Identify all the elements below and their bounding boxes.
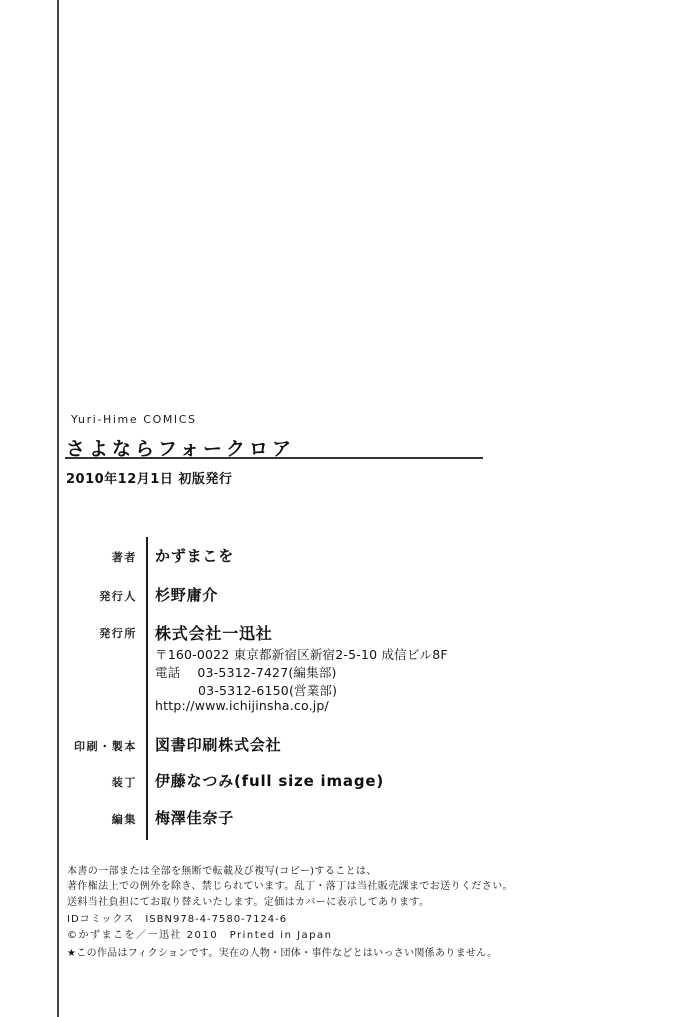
credit-value-printing: 図書印刷株式会社 [155,734,281,755]
page-edge-line [57,0,59,1017]
credit-value-publisher: 株式会社一迅社 [155,621,273,644]
colophon-page: Yuri-Hime COMICS さよならフォークロア 2010年12月1日 初… [0,0,700,1017]
credit-row-author: 著者 かずまこを [0,545,700,567]
credit-label-publisher-person: 発行人 [99,588,137,604]
credit-row-design: 装丁 伊藤なつみ(full size image) [0,770,700,792]
credit-row-publisher-person: 発行人 杉野庸介 [0,584,700,606]
copyright-line: ©かずまこを／一迅社 2010 Printed in Japan [67,926,333,941]
credit-label-publisher: 発行所 [99,625,137,641]
phone-editorial: 03-5312-7427(編集部) [197,665,336,680]
credit-value-design: 伊藤なつみ(full size image) [155,770,384,791]
credit-row-editing: 編集 梅澤佳奈子 [0,807,700,829]
legal-notice-line1: 本書の一部または全部を無断で転載及び複写(コピー)することは、 [67,862,377,877]
credit-value-publisher-person: 杉野庸介 [155,584,218,605]
credit-value-author: かずまこを [155,545,234,566]
credit-label-editing: 編集 [112,811,137,827]
legal-notice-line2: 著作権法上での例外を除き、禁じられています。乱丁・落丁は当社販売課までお送りくだ… [67,877,513,892]
publisher-website: http://www.ichijinsha.co.jp/ [155,698,329,713]
credit-label-design: 装丁 [112,774,137,790]
edition-date: 2010年12月1日 初版発行 [66,468,232,487]
series-label: Yuri-Hime COMICS [71,413,197,426]
credit-label-printing: 印刷・製本 [74,738,137,754]
credit-value-editing: 梅澤佳奈子 [155,807,234,828]
credit-row-publisher: 発行所 株式会社一迅社 [0,621,700,643]
title-underline [65,457,483,459]
phone-sales: 03-5312-6150(営業部) [198,681,337,699]
credit-label-author: 著者 [112,549,137,565]
imprint-isbn-line: IDコミックス ISBN978-4-7580-7124-6 [67,910,287,925]
publisher-phone-row: 電話03-5312-7427(編集部) [155,663,337,681]
credit-row-printing: 印刷・製本 図書印刷株式会社 [0,734,700,756]
fiction-disclaimer: ★この作品はフィクションです。実在の人物・団体・事件などとはいっさい関係ありませ… [67,944,497,959]
legal-notice-line3: 送料当社負担にてお取り替えいたします。定価はカバーに表示してあります。 [67,893,429,908]
publisher-address: 〒160-0022 東京都新宿区新宿2-5-10 成信ビル8F [155,645,448,663]
credits-divider-line [146,537,148,840]
phone-label: 電話 [155,665,180,680]
